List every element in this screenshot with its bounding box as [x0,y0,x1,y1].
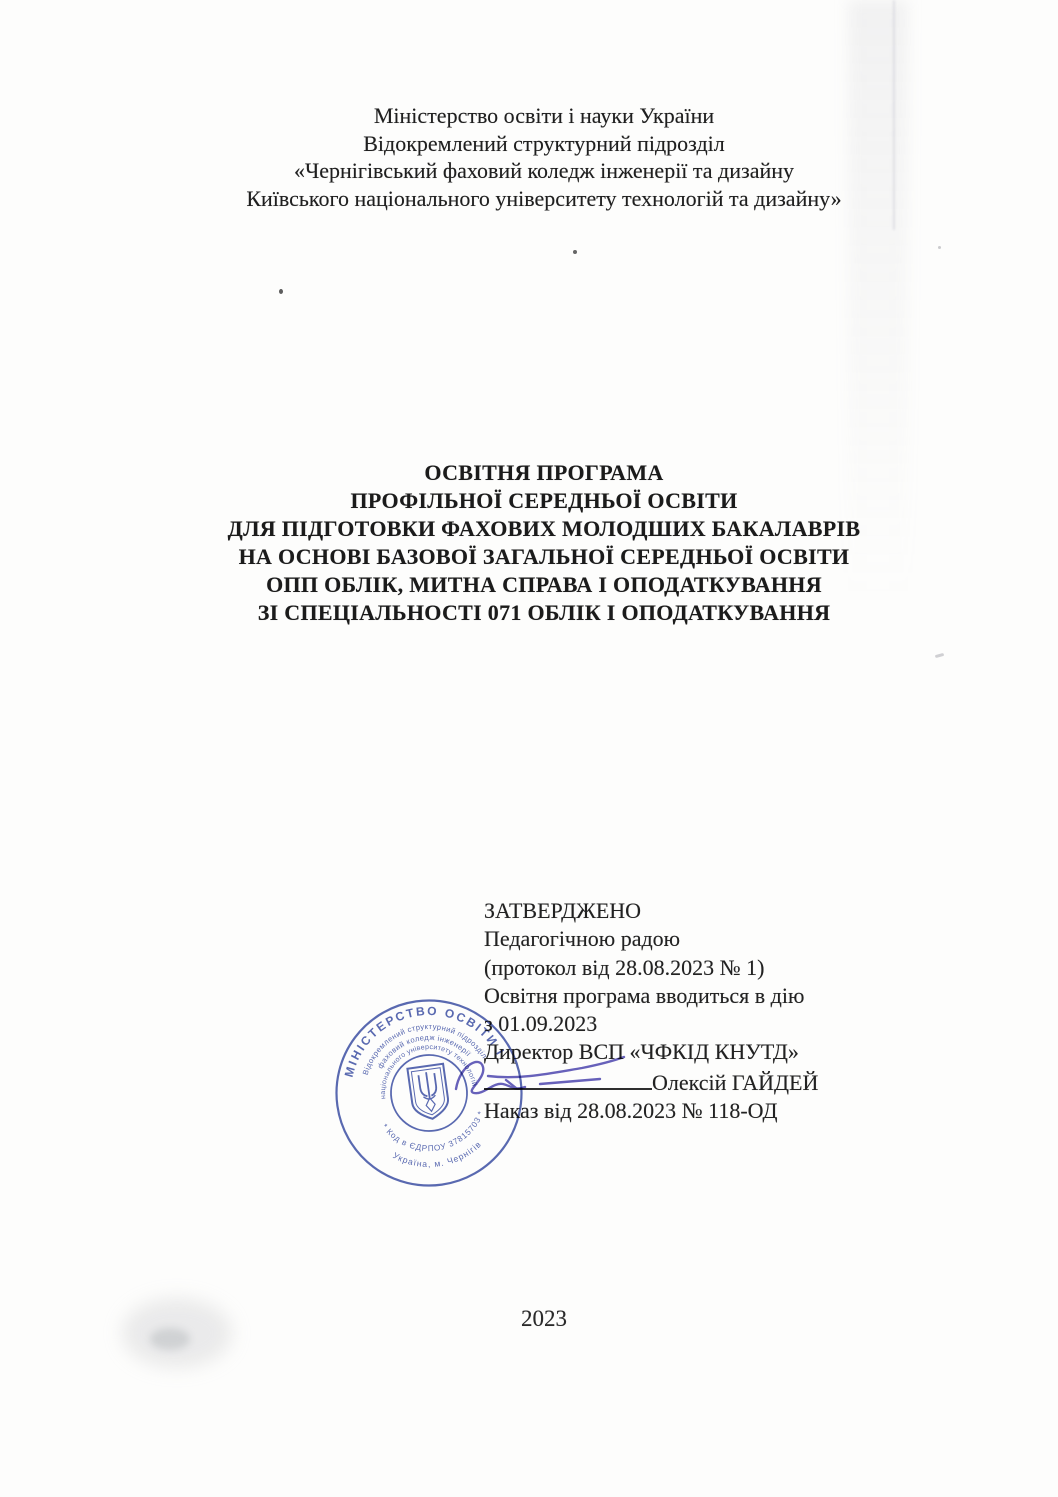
title-line: ОСВІТНЯ ПРОГРАМА [30,459,1058,487]
ink-speck [573,250,577,254]
scanned-document-page: Міністерство освіти і науки України Відо… [0,0,1058,1497]
title-line: ПРОФІЛЬНОЇ СЕРЕДНЬОЇ ОСВІТИ [30,487,1058,515]
document-title: ОСВІТНЯ ПРОГРАМА ПРОФІЛЬНОЇ СЕРЕДНЬОЇ ОС… [30,459,1058,627]
title-line: НА ОСНОВІ БАЗОВОЇ ЗАГАЛЬНОЇ СЕРЕДНЬОЇ ОС… [30,543,1058,571]
signatory-name: Олексій ГАЙДЕЙ [652,1070,818,1095]
title-line: ЗІ СПЕЦІАЛЬНОСТІ 071 ОБЛІК І ОПОДАТКУВАН… [30,599,1058,627]
institution-header: Міністерство освіти і науки України Відо… [30,102,1058,212]
ink-speck [938,246,941,249]
ministry-line: Міністерство освіти і науки України [30,102,1058,130]
approval-protocol-line: (протокол від 28.08.2023 № 1) [484,954,954,982]
approval-body-line: Освітня програма вводиться в дію [484,982,954,1010]
document-year: 2023 [30,1306,1058,1332]
subdivision-line: Відокремлений структурний підрозділ [30,130,1058,158]
approval-body-line: Педагогічною радою [484,925,954,953]
college-name-line: «Чернігівський фаховий коледж інженерії … [30,157,1058,185]
ink-speck [279,289,283,294]
university-name-line: Київського національного університету те… [30,185,1058,213]
title-line: ОПП ОБЛІК, МИТНА СПРАВА І ОПОДАТКУВАННЯ [30,571,1058,599]
tryzub-shield-icon [407,1064,450,1121]
approved-label: ЗАТВЕРДЖЕНО [484,897,954,925]
ink-speck [935,653,944,658]
approval-date-line: з 01.09.2023 [484,1010,954,1038]
title-line: ДЛЯ ПІДГОТОВКИ ФАХОВИХ МОЛОДШИХ БАКАЛАВР… [30,515,1058,543]
handwritten-signature [448,1049,668,1107]
